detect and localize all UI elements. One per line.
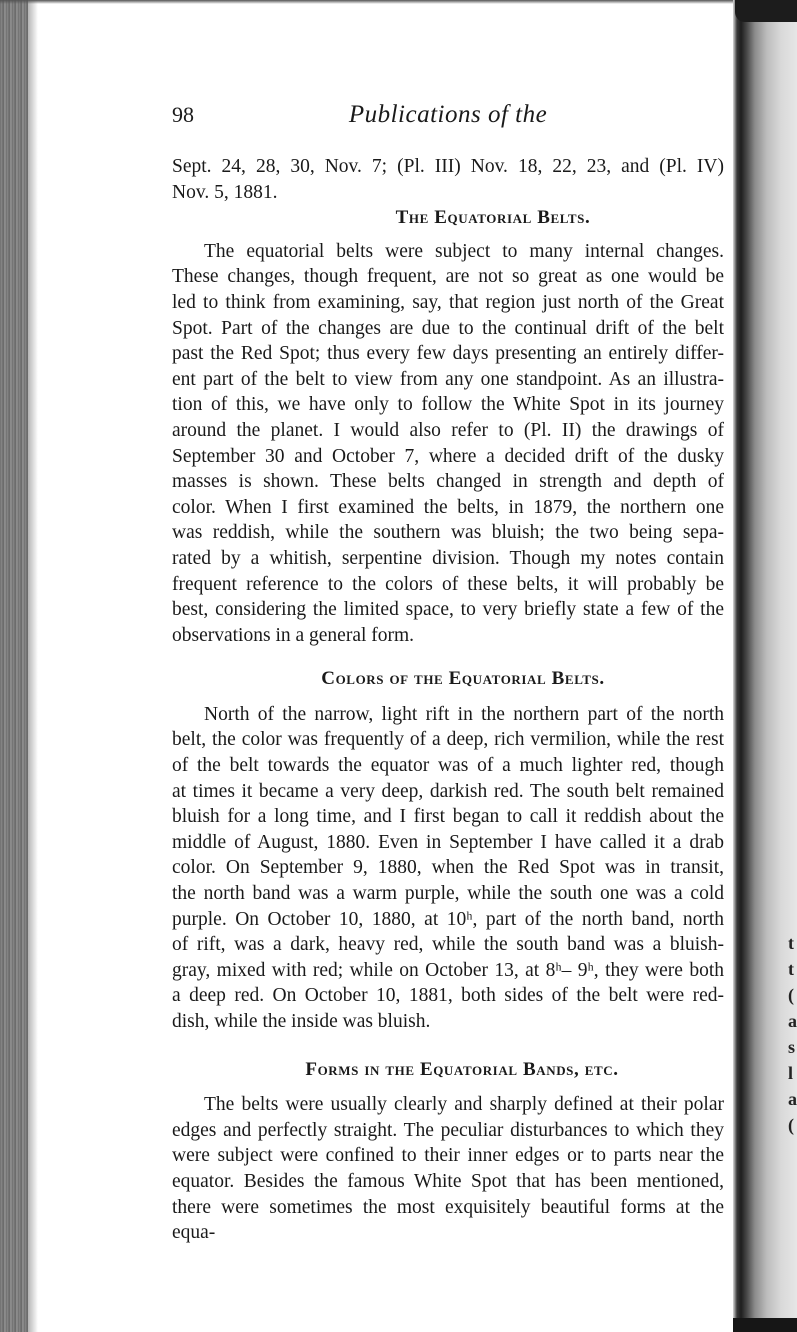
text-line: North of the narrow, light rift in the n… [172, 702, 724, 728]
text-line: equator. Besides the famous White Spot t… [172, 1169, 724, 1195]
text-line: past the Red Spot; thus every few days p… [172, 341, 724, 367]
text-line: The belts were usually clearly and sharp… [172, 1092, 724, 1118]
facing-page-top-shadow [735, 0, 797, 22]
text-line: These changes, though frequent, are not … [172, 264, 724, 290]
text-line: Nov. 5, 1881. [172, 180, 724, 206]
text-line: at times it became a very deep, darkish … [172, 779, 724, 805]
text-line: tion of this, we have only to follow the… [172, 392, 724, 418]
text-line: dish, while the inside was bluish. [172, 1009, 724, 1035]
text-line: middle of August, 1880. Even in Septembe… [172, 830, 724, 856]
section-heading-forms: Forms in the Equatorial Bands, etc. [172, 1057, 724, 1083]
edge-glyph: s [788, 1034, 797, 1060]
section-heading-equatorial-belts: The Equatorial Belts. [172, 205, 724, 231]
edge-glyph: a [788, 1086, 797, 1112]
text-line: edges and perfectly straight. The peculi… [172, 1118, 724, 1144]
top-scan-shadow [0, 0, 797, 4]
text-line: of rift, was a dark, heavy red, while th… [172, 932, 724, 958]
text-line: around the planet. I would also refer to… [172, 418, 724, 444]
edge-glyph: t [788, 956, 797, 982]
running-head: Publications of the [172, 102, 724, 128]
text-line: masses is shown. These belts changed in … [172, 469, 724, 495]
section-body-equatorial-belts: The equatorial belts were subject to man… [172, 239, 724, 649]
text-line: gray, mixed with red; while on October 1… [172, 958, 724, 984]
edge-glyph: ( [788, 1112, 797, 1138]
edge-glyph: t [788, 930, 797, 956]
text-line: The equatorial belts were subject to man… [172, 239, 724, 265]
text-line: the north band was a warm purple, while … [172, 881, 724, 907]
text-line: color. When I first examined the belts, … [172, 495, 724, 521]
facing-page-bottom-shadow [733, 1318, 797, 1332]
edge-glyph: a [788, 1008, 797, 1034]
text-line: led to think from examining, say, that r… [172, 290, 724, 316]
section-body-forms: The belts were usually clearly and sharp… [172, 1092, 724, 1246]
text-line: of the belt towards the equator was of a… [172, 753, 724, 779]
section-body-colors: North of the narrow, light rift in the n… [172, 702, 724, 1035]
text-line: bluish for a long time, and I first bega… [172, 804, 724, 830]
edge-glyph: ( [788, 982, 797, 1008]
binding-shadow [28, 0, 38, 1332]
text-line: observations in a general form. [172, 623, 724, 649]
text-line: was reddish, while the southern was blui… [172, 520, 724, 546]
text-line: were subject were confined to their inne… [172, 1143, 724, 1169]
section-heading-colors: Colors of the Equatorial Belts. [172, 666, 724, 692]
page-header: 98 Publications of the [172, 96, 724, 136]
text-line: there were sometimes the most exquisitel… [172, 1195, 724, 1246]
text-line: color. On September 9, 1880, when the Re… [172, 855, 724, 881]
edge-glyph: l [788, 1060, 797, 1086]
text-line: a deep red. On October 10, 1881, both si… [172, 983, 724, 1009]
text-line: rated by a whitish, serpentine division.… [172, 546, 724, 572]
text-line: purple. On October 10, 1880, at 10ʰ, par… [172, 907, 724, 933]
text-line: belt, the color was frequently of a deep… [172, 727, 724, 753]
text-line: Spot. Part of the changes are due to the… [172, 316, 724, 342]
text-line: best, considering the limited space, to … [172, 597, 724, 623]
book-binding-edge [0, 0, 28, 1332]
text-line: Sept. 24, 28, 30, Nov. 7; (Pl. III) Nov.… [172, 154, 724, 180]
text-line: frequent reference to the colors of thes… [172, 572, 724, 598]
book-page: 98 Publications of the Sept. 24, 28, 30,… [172, 96, 724, 1246]
next-page-partial-text: t t ( a s l a ( [788, 930, 797, 1138]
opening-paragraph: Sept. 24, 28, 30, Nov. 7; (Pl. III) Nov.… [172, 154, 724, 205]
text-line: September 30 and October 7, where a deci… [172, 444, 724, 470]
text-line: ent part of the belt to view from any on… [172, 367, 724, 393]
